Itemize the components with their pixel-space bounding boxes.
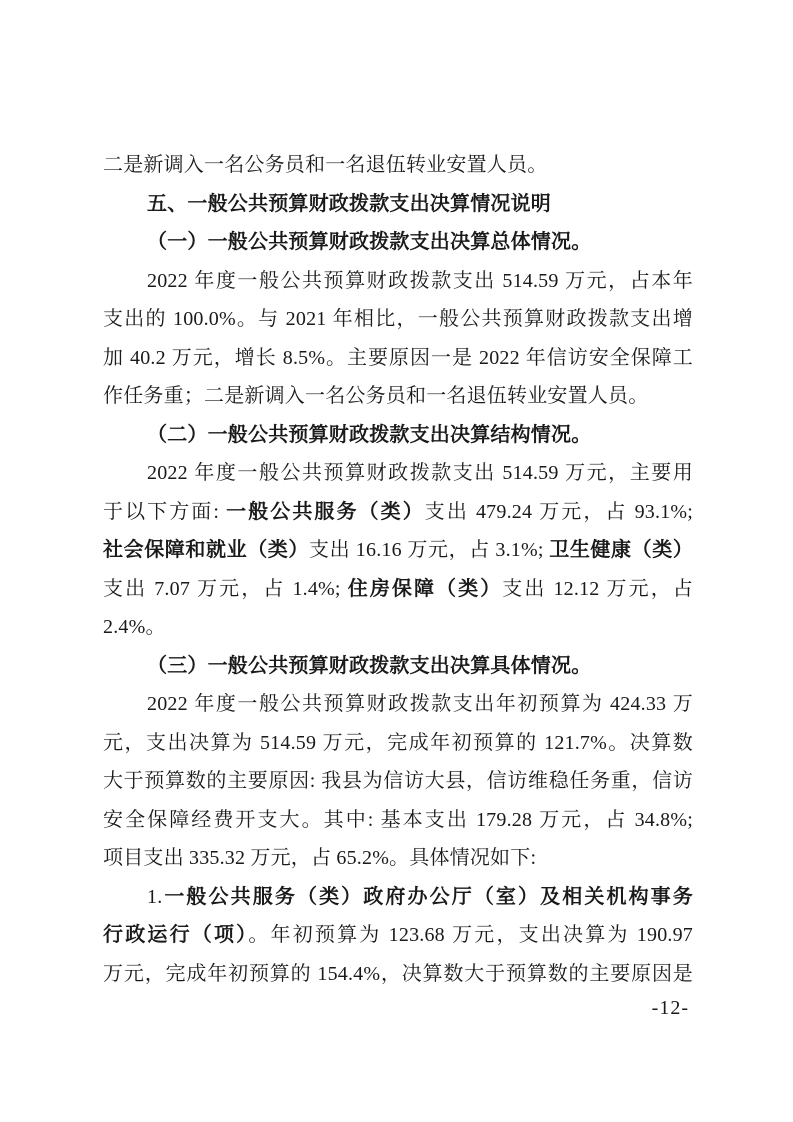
text-run: 支出 16.16 万元，占 3.1%; [309,539,549,561]
emphasis-text-run: 卫生健康（类） [549,539,693,561]
body-text-line: 2022 年度一般公共预算财政拨款支出年初预算为 424.33 万 [103,685,693,724]
document-page: 二是新调入一名公务员和一名退伍转业安置人员。五、一般公共预算财政拨款支出决算情况… [0,0,793,1122]
text-run: 2022 年度一般公共预算财政拨款支出年初预算为 424.33 万 [147,693,693,715]
paragraph-carryover-line: 二是新调入一名公务员和一名退伍转业安置人员。 [103,146,693,185]
text-run: 项目支出 335.32 万元，占 65.2%。具体情况如下: [103,847,536,869]
emphasis-text-run: 一般公共服务（类） [226,501,425,523]
emphasis-text-run: 五、一般公共预算财政拨款支出决算情况说明 [147,193,551,215]
body-text-line: 于以下方面: 一般公共服务（类）支出 479.24 万元，占 93.1%; [103,493,693,532]
emphasis-text-run: （二）一般公共预算财政拨款支出决算结构情况。 [147,424,591,446]
document-body: 二是新调入一名公务员和一名退伍转业安置人员。五、一般公共预算财政拨款支出决算情况… [103,146,693,993]
text-run: 支出 7.07 万元，占 1.4%; [103,578,348,600]
text-run: 加 40.2 万元，增长 8.5%。主要原因一是 2022 年信访安全保障工 [103,347,693,369]
text-run: 2.4%。 [103,616,166,638]
text-run: 2022 年度一般公共预算财政拨款支出 514.59 万元，占本年 [147,270,693,292]
subsection-heading: （三）一般公共预算财政拨款支出决算具体情况。 [103,647,693,686]
body-text-line: 2.4%。 [103,608,693,647]
emphasis-text-run: （三）一般公共预算财政拨款支出决算具体情况。 [147,655,591,677]
section-heading: 五、一般公共预算财政拨款支出决算情况说明 [103,185,693,224]
body-text-line: 支出 7.07 万元，占 1.4%; 住房保障（类）支出 12.12 万元，占 [103,570,693,609]
subsection-heading: （二）一般公共预算财政拨款支出决算结构情况。 [103,416,693,455]
body-text-line: 作任务重；二是新调入一名公务员和一名退伍转业安置人员。 [103,377,693,416]
text-run: 元，支出决算为 514.59 万元，完成年初预算的 121.7%。决算数 [103,732,693,754]
body-text-line: 项目支出 335.32 万元，占 65.2%。具体情况如下: [103,839,693,878]
body-text-line: 2022 年度一般公共预算财政拨款支出 514.59 万元，占本年 [103,262,693,301]
emphasis-text-run: （一）一般公共预算财政拨款支出决算总体情况。 [147,231,591,253]
body-text-line: 2022 年度一般公共预算财政拨款支出 514.59 万元，主要用 [103,454,693,493]
body-text-line: 支出的 100.0%。与 2021 年相比，一般公共预算财政拨款支出增 [103,300,693,339]
list-item-heading-line: 1.一般公共服务（类）政府办公厅（室）及相关机构事务（款） [103,878,693,917]
text-run: 二是新调入一名公务员和一名退伍转业安置人员。 [103,154,547,176]
emphasis-text-run: 社会保障和就业（类） [103,539,309,561]
text-run: 。年初预算为 123.68 万元，支出决算为 190.97 [248,924,693,946]
subsection-heading: （一）一般公共预算财政拨款支出决算总体情况。 [103,223,693,262]
emphasis-text-run: 行政运行（项） [103,924,248,946]
body-text-line: 加 40.2 万元，增长 8.5%。主要原因一是 2022 年信访安全保障工 [103,339,693,378]
page-number: -12- [652,996,689,1020]
body-text-line: 社会保障和就业（类）支出 16.16 万元，占 3.1%; 卫生健康（类） [103,531,693,570]
body-text-line: 行政运行（项）。年初预算为 123.68 万元，支出决算为 190.97 [103,916,693,955]
text-run: 安全保障经费开支大。其中: 基本支出 179.28 万元，占 34.8%; [103,809,693,831]
body-text-line: 万元，完成年初预算的 154.4%，决算数大于预算数的主要原因是 [103,955,693,994]
text-run: 2022 年度一般公共预算财政拨款支出 514.59 万元，主要用 [147,462,693,484]
body-text-line: 大于预算数的主要原因: 我县为信访大县，信访维稳任务重，信访 [103,762,693,801]
text-run: 1. [147,886,162,908]
body-text-line: 元，支出决算为 514.59 万元，完成年初预算的 121.7%。决算数 [103,724,693,763]
text-run: 大于预算数的主要原因: 我县为信访大县，信访维稳任务重，信访 [103,770,693,792]
text-run: 支出的 100.0%。与 2021 年相比，一般公共预算财政拨款支出增 [103,308,693,330]
text-run: 作任务重；二是新调入一名公务员和一名退伍转业安置人员。 [103,385,648,407]
body-text-line: 安全保障经费开支大。其中: 基本支出 179.28 万元，占 34.8%; [103,801,693,840]
text-run: 万元，完成年初预算的 154.4%，决算数大于预算数的主要原因是 [103,963,693,985]
emphasis-text-run: 住房保障（类） [348,578,503,600]
text-run: 支出 479.24 万元，占 93.1%; [425,501,693,523]
text-run: 支出 12.12 万元，占 [502,578,693,600]
emphasis-text-run: 一般公共服务（类）政府办公厅（室）及相关机构事务（款） [103,886,693,917]
text-run: 于以下方面: [103,501,226,523]
